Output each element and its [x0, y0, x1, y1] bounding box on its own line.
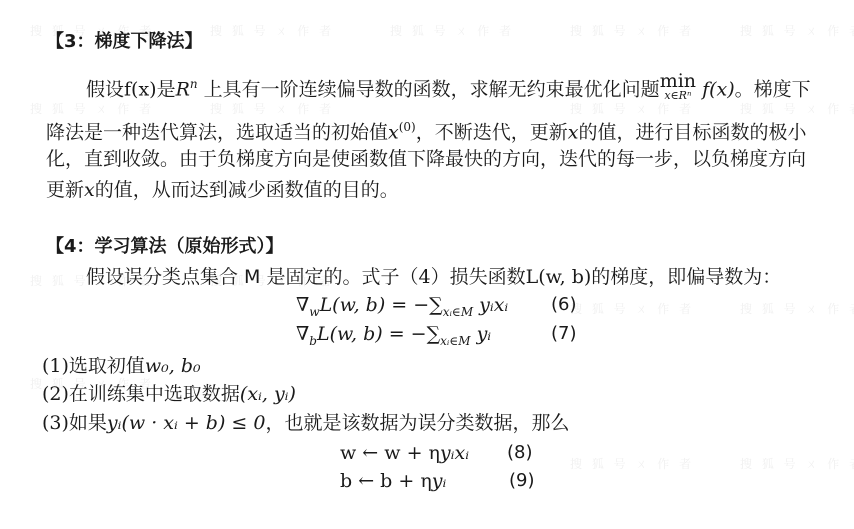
watermark: 搜 狐 号 ㄨ 作 者 [390, 22, 514, 39]
step-3: (3)如果yᵢ(w · xᵢ + b) ≤ 0，也就是该数据为误分类数据，那么 [42, 411, 570, 435]
math-sup: n [190, 77, 198, 91]
watermark: 搜 狐 号 ㄨ 作 者 [740, 300, 854, 317]
section4-heading: 【4：学习算法（原始形式）】 [46, 235, 284, 259]
step-1: (1)选取初值w₀, b₀ [42, 354, 201, 378]
section3-paragraph-line1: 假设f(x)是Rn 上具有一阶连续偏导数的函数，求解无约束最优化问题minx∈R… [86, 72, 811, 101]
section3-paragraph-line4: 更新x的值，从而达到减少函数值的目的。 [46, 178, 399, 202]
text: 。梯度下 [735, 78, 811, 100]
section3-paragraph-line3: 化，直到收敛。由于负梯度方向是使函数值下降最快的方向，迭代的每一步，以负梯度方向 [46, 147, 806, 171]
equation-6: ∇wL(w, b) = −∑xᵢ∈M yᵢxᵢ [296, 293, 508, 324]
section3-heading: 【3：梯度下降法】 [46, 30, 203, 54]
watermark: 搜 狐 号 ㄨ 作 者 [210, 22, 334, 39]
equation-number-7: (7) [551, 323, 577, 344]
equation-9: b ← b + ηyᵢ [340, 469, 446, 493]
text: 假设f(x)是 [86, 78, 176, 100]
section3-paragraph-line2: 降法是一种迭代算法，选取适当的初始值x(0)，不断迭代，更新x的值，进行目标函数… [46, 115, 806, 144]
section4-intro: 假设误分类点集合 M 是固定的。式子（4）损失函数L(w, b)的梯度，即偏导数… [86, 265, 781, 289]
min-operator: minx∈Rⁿ [660, 72, 696, 101]
step-2: (2)在训练集中选取数据(xᵢ, yᵢ) [42, 382, 296, 406]
watermark: 搜 狐 号 ㄨ 作 者 [740, 22, 854, 39]
text: 上具有一阶连续偏导数的函数，求解无约束最优化问题 [204, 78, 660, 100]
equation-7: ∇bL(w, b) = −∑xᵢ∈M yᵢ [296, 322, 491, 353]
math-fx: f(x) [702, 78, 735, 100]
equation-number-9: (9) [509, 470, 535, 491]
watermark: 搜 狐 号 ㄨ 作 者 [570, 22, 694, 39]
watermark: 搜 狐 号 ㄨ 作 者 [740, 455, 854, 472]
watermark: 搜 狐 号 ㄨ 作 者 [570, 300, 694, 317]
watermark: 搜 狐 号 ㄨ 作 者 [570, 455, 694, 472]
equation-8: w ← w + ηyᵢxᵢ [340, 441, 469, 465]
equation-number-8: (8) [507, 442, 533, 463]
math-R: R [176, 78, 190, 100]
equation-number-6: (6) [551, 294, 577, 315]
